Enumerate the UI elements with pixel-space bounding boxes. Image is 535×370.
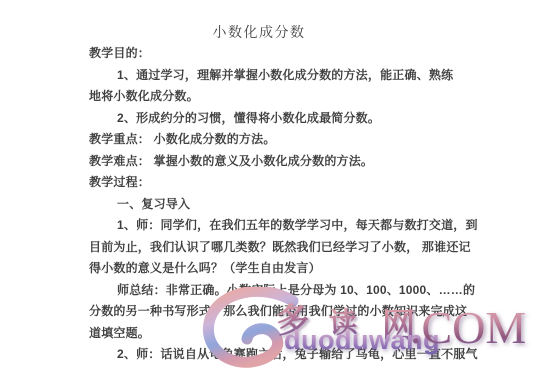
document-line: 一、复习导入 — [89, 194, 529, 216]
document-line: 师总结：非常正确。小数实际上是分母为 10、100、1000、……的 — [89, 280, 529, 302]
document-line: 分数的另一种书写形式，那么我们能否用我们学过的小数知识来完成这 — [89, 301, 529, 323]
document-line: 教学目的： — [89, 43, 529, 65]
document-line: 2、形成约分的习惯，懂得将小数化成最简分数。 — [89, 108, 529, 130]
document-body: 教学目的：1、通过学习，理解并掌握小数化成分数的方法，能正确、熟练地将小数化成分… — [89, 43, 529, 366]
document-line: 1、通过学习，理解并掌握小数化成分数的方法，能正确、熟练 — [89, 65, 529, 87]
document-line: 目前为止，我们认识了哪几类数？既然我们已经学习了小数， 那谁还记 — [89, 237, 529, 259]
document-line: 得小数的意义是什么吗？（学生自由发言） — [89, 258, 529, 280]
document-line: 1、师：同学们，在我们五年的数学学习中，每天都与数打交道，到 — [89, 215, 529, 237]
document-line: 2、师：话说自从龟兔赛跑之后，兔子输给了乌龟，心里一直不服气 — [89, 344, 529, 366]
document-page: 小数化成分数 教学目的：1、通过学习，理解并掌握小数化成分数的方法，能正确、熟练… — [0, 0, 535, 370]
document-title: 小数化成分数 — [89, 22, 429, 42]
document-line: 道填空题。 — [89, 323, 529, 345]
document-line: 教学过程： — [89, 172, 529, 194]
document-line: 教学难点： 掌握小数的意义及小数化成分数的方法。 — [89, 151, 529, 173]
document-line: 地将小数化成分数。 — [89, 86, 529, 108]
document-line: 教学重点： 小数化成分数的方法。 — [89, 129, 529, 151]
